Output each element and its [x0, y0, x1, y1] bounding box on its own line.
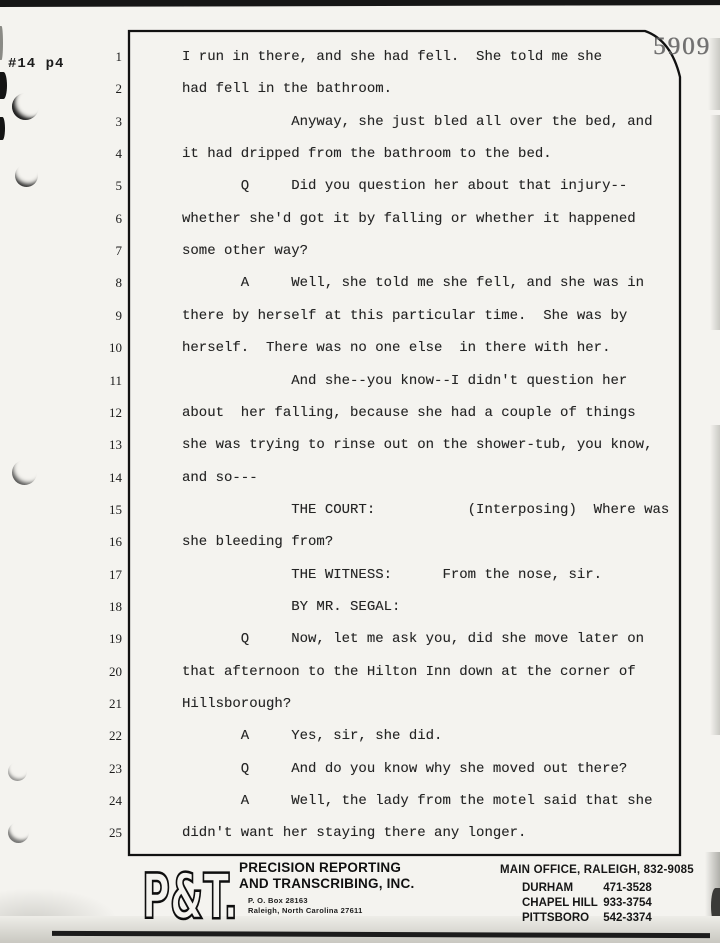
line-number: 21: [84, 696, 122, 712]
line-number: 7: [84, 243, 122, 259]
line-text: I run in there, and she had fell. She to…: [182, 49, 602, 65]
logo-text: P&T.: [142, 860, 238, 933]
line-number: 13: [84, 437, 122, 453]
office-row: CHAPEL HILL 933-3754: [522, 896, 652, 911]
transcript-line-row: 2 had fell in the bathroom.: [0, 81, 720, 100]
line-number: 4: [84, 146, 122, 162]
line-text: Q Now, let me ask you, did she move late…: [182, 631, 644, 647]
transcript-line-row: 15 THE COURT: (Interposing) Where was: [0, 502, 720, 521]
line-text: she bleeding from?: [182, 534, 333, 550]
line-text: about her falling, because she had a cou…: [182, 405, 636, 421]
line-text: And she--you know--I didn't question her: [182, 373, 627, 389]
line-number: 20: [84, 664, 122, 680]
company-name: PRECISION REPORTING AND TRANSCRIBING, IN…: [239, 860, 414, 892]
transcript-line-row: 6 whether she'd got it by falling or whe…: [0, 211, 720, 230]
office-phone: 933-3754: [603, 897, 652, 909]
line-text: A Well, the lady from the motel said tha…: [182, 793, 652, 809]
line-number: 12: [84, 405, 122, 421]
line-text: whether she'd got it by falling or wheth…: [182, 211, 636, 227]
po-address-line2: Raleigh, North Carolina 27611: [248, 906, 363, 916]
line-number: 5: [84, 178, 122, 194]
line-text: A Yes, sir, she did.: [182, 728, 442, 744]
line-number: 10: [84, 340, 122, 356]
line-number: 3: [84, 114, 122, 130]
line-text: Hillsborough?: [182, 696, 291, 712]
transcript-line-row: 3 Anyway, she just bled all over the bed…: [0, 114, 720, 133]
line-number: 22: [84, 728, 122, 744]
transcript-line-row: 17 THE WITNESS: From the nose, sir.: [0, 567, 720, 586]
transcript-line-row: 19 Q Now, let me ask you, did she move l…: [0, 631, 720, 650]
office-city: DURHAM: [522, 881, 600, 896]
line-number: 19: [84, 631, 122, 647]
transcript-line-row: 10 herself. There was no one else in the…: [0, 340, 720, 359]
transcript-line-row: 9 there by herself at this particular ti…: [0, 308, 720, 327]
transcript-line-row: 7 some other way?: [0, 243, 720, 262]
line-number: 18: [84, 599, 122, 615]
office-row: PITTSBORO 542-3374: [522, 911, 652, 926]
transcript-line-row: 13 she was trying to rinse out on the sh…: [0, 437, 720, 456]
transcript-line-row: 11 And she--you know--I didn't question …: [0, 373, 720, 392]
transcript-line-row: 22 A Yes, sir, she did.: [0, 728, 720, 747]
office-row: DURHAM 471-3528: [522, 881, 652, 896]
line-text: and so---: [182, 470, 258, 486]
po-address: P. O. Box 28163 Raleigh, North Carolina …: [248, 896, 363, 916]
office-phone: 471-3528: [603, 882, 652, 894]
line-number: 25: [84, 825, 122, 841]
line-number: 23: [84, 761, 122, 777]
transcript-line-row: 20 that afternoon to the Hilton Inn down…: [0, 664, 720, 683]
line-number: 8: [84, 275, 122, 291]
transcript-line-row: 8 A Well, she told me she fell, and she …: [0, 275, 720, 294]
line-text: that afternoon to the Hilton Inn down at…: [182, 664, 636, 680]
office-city: PITTSBORO: [522, 911, 600, 926]
office-phone: 542-3374: [603, 912, 652, 924]
line-number: 14: [84, 470, 122, 486]
line-text: A Well, she told me she fell, and she wa…: [182, 275, 644, 291]
main-office-line: MAIN OFFICE, RALEIGH, 832-9085: [500, 864, 694, 876]
scanned-transcript-page: 5909 #14 p4 1 I run in there, and she ha…: [0, 0, 720, 943]
line-number: 1: [84, 49, 122, 65]
transcript-line-row: 16 she bleeding from?: [0, 534, 720, 553]
line-text: she was trying to rinse out on the showe…: [182, 437, 652, 453]
office-city: CHAPEL HILL: [522, 896, 600, 911]
company-name-line1: PRECISION REPORTING: [239, 860, 414, 876]
line-number: 9: [84, 308, 122, 324]
transcript-line-row: 23 Q And do you know why she moved out t…: [0, 761, 720, 780]
transcript-line-row: 14 and so---: [0, 470, 720, 489]
line-text: herself. There was no one else in there …: [182, 340, 610, 356]
transcript-line-row: 4 it had dripped from the bathroom to th…: [0, 146, 720, 165]
line-number: 2: [84, 81, 122, 97]
line-number: 15: [84, 502, 122, 518]
line-text: THE WITNESS: From the nose, sir.: [182, 567, 602, 583]
reporter-logo: P&T.: [140, 860, 240, 939]
office-phone-list: DURHAM 471-3528 CHAPEL HILL 933-3754 PIT…: [522, 881, 652, 926]
line-text: BY MR. SEGAL:: [182, 599, 400, 615]
line-text: Q And do you know why she moved out ther…: [182, 761, 627, 777]
line-text: some other way?: [182, 243, 308, 259]
transcript-line-row: 24 A Well, the lady from the motel said …: [0, 793, 720, 812]
po-address-line1: P. O. Box 28163: [248, 896, 363, 906]
transcript-line-row: 12 about her falling, because she had a …: [0, 405, 720, 424]
line-text: had fell in the bathroom.: [182, 81, 392, 97]
company-name-line2: AND TRANSCRIBING, INC.: [239, 876, 414, 892]
transcript-line-row: 25 didn't want her staying there any lon…: [0, 825, 720, 844]
line-text: it had dripped from the bathroom to the …: [182, 146, 552, 162]
line-text: didn't want her staying there any longer…: [182, 825, 526, 841]
line-text: Q Did you question her about that injury…: [182, 178, 627, 194]
line-text: THE COURT: (Interposing) Where was: [182, 502, 669, 518]
transcript-line-row: 18 BY MR. SEGAL:: [0, 599, 720, 618]
line-number: 6: [84, 211, 122, 227]
line-text: there by herself at this particular time…: [182, 308, 627, 324]
line-number: 24: [84, 793, 122, 809]
transcript-line-row: 21 Hillsborough?: [0, 696, 720, 715]
transcript-line-row: 5 Q Did you question her about that inju…: [0, 178, 720, 197]
line-number: 16: [84, 534, 122, 550]
line-number: 11: [84, 373, 122, 389]
transcript-line-row: 1 I run in there, and she had fell. She …: [0, 49, 720, 68]
line-number: 17: [84, 567, 122, 583]
line-text: Anyway, she just bled all over the bed, …: [182, 114, 652, 130]
